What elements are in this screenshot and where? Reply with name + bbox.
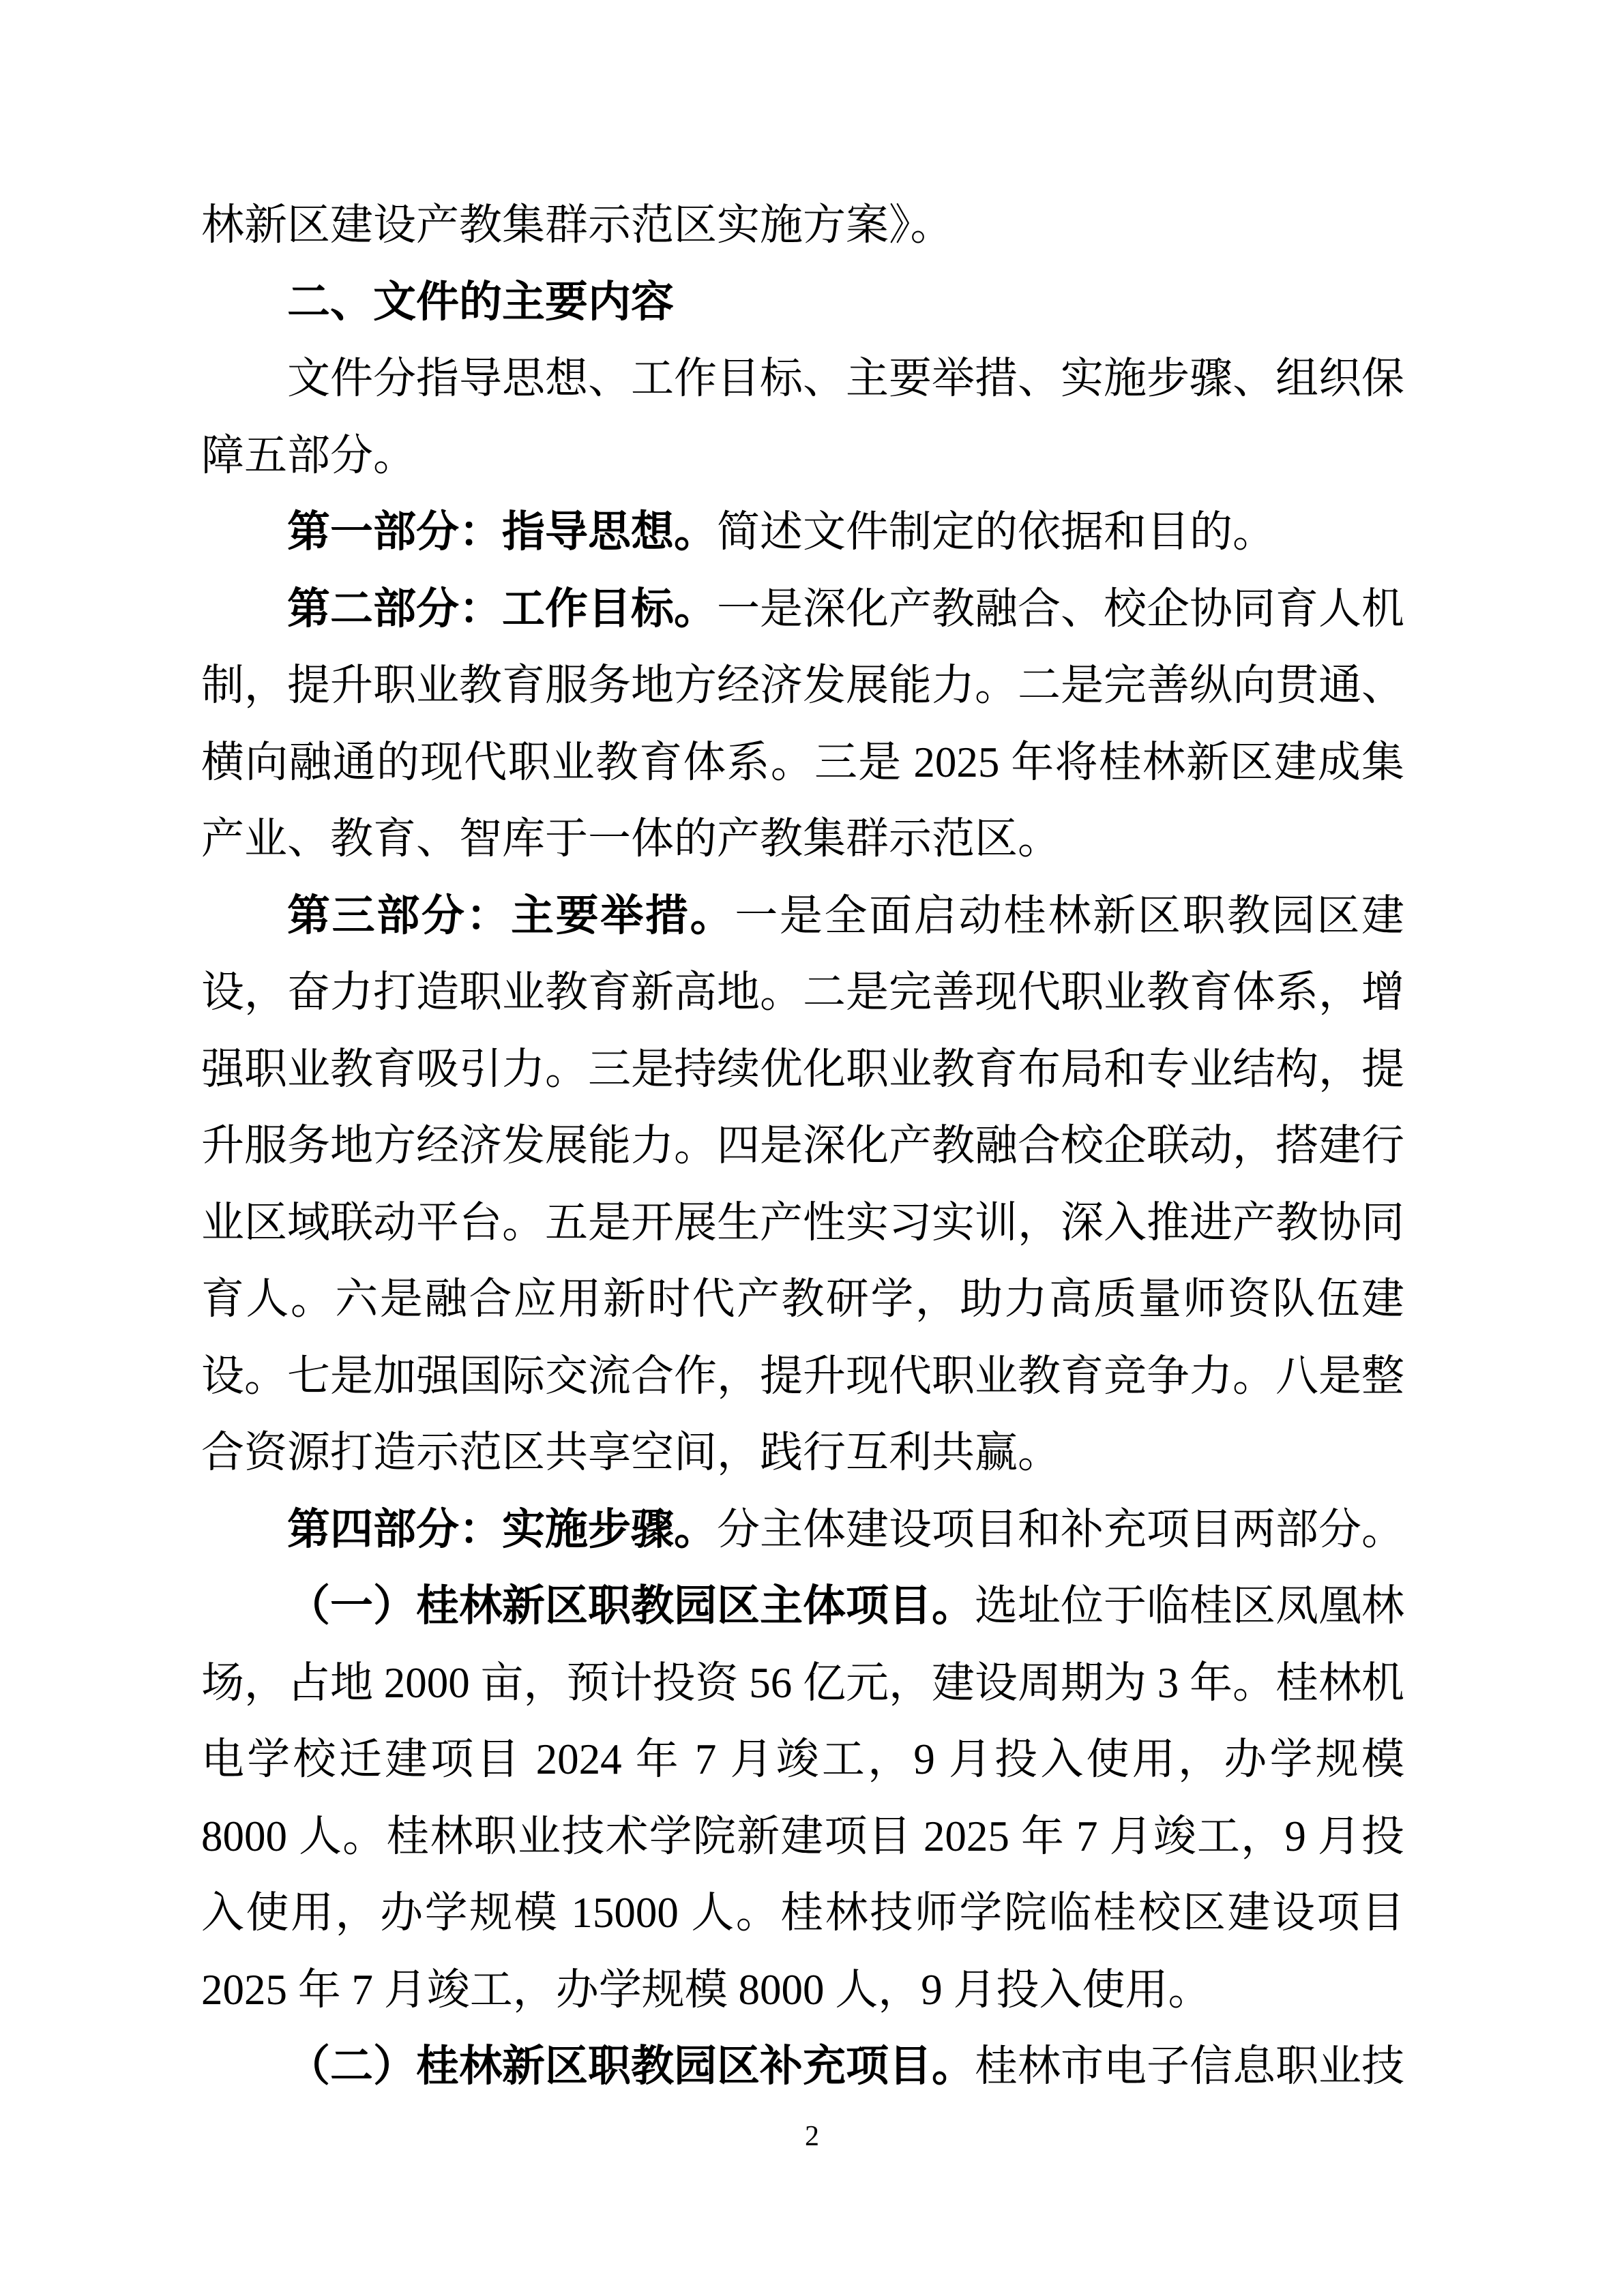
paragraph-main-project: （一）桂林新区职教园区主体项目。选址位于临桂区凤凰林场，占地 2000 亩，预计… [201,1568,1404,2028]
bold-lead: （一）桂林新区职教园区主体项目。 [287,1582,975,1630]
paragraph-text: 一是全面启动桂林新区职教园区建设，奋力打造职业教育新高地。二是完善现代职业教育体… [201,892,1404,1477]
paragraph-part2-work-goals: 第二部分：工作目标。一是深化产教融合、校企协同育人机制，提升职业教育服务地方经济… [201,571,1404,878]
paragraph-overview: 文件分指导思想、工作目标、主要举措、实施步骤、组织保障五部分。 [201,340,1404,494]
bold-lead: 第二部分：工作目标。 [287,585,717,633]
paragraph-text: 简述文件制定的依据和目的。 [717,508,1275,556]
bold-lead: （二）桂林新区职教园区补充项目。 [287,2042,975,2090]
paragraph-text: 分主体建设项目和补充项目两部分。 [717,1506,1404,1553]
paragraph-text: 林新区建设产教集群示范区实施方案》。 [201,201,954,249]
paragraph-part4-implementation-steps: 第四部分：实施步骤。分主体建设项目和补充项目两部分。 [201,1491,1404,1568]
bold-lead: 第一部分：指导思想。 [287,508,717,556]
document-body: 林新区建设产教集群示范区实施方案》。 二、文件的主要内容 文件分指导思想、工作目… [201,187,1404,2105]
paragraph-text: 选址位于临桂区凤凰林场，占地 2000 亩，预计投资 56 亿元，建设周期为 3… [201,1582,1404,2014]
paragraph-part3-main-measures: 第三部分：主要举措。一是全面启动桂林新区职教园区建设，奋力打造职业教育新高地。二… [201,878,1404,1491]
heading-text: 二、文件的主要内容 [287,278,674,326]
page-number: 2 [0,2119,1624,2153]
paragraph-supplementary-project: （二）桂林新区职教园区补充项目。桂林市电子信息职业技 [201,2028,1404,2105]
bold-lead: 第三部分：主要举措。 [287,892,735,940]
paragraph-part1-guiding-ideology: 第一部分：指导思想。简述文件制定的依据和目的。 [201,494,1404,571]
heading-main-content: 二、文件的主要内容 [201,264,1404,341]
document-page: 林新区建设产教集群示范区实施方案》。 二、文件的主要内容 文件分指导思想、工作目… [0,0,1624,2296]
paragraph-text: 文件分指导思想、工作目标、主要举措、实施步骤、组织保障五部分。 [201,355,1404,479]
bold-lead: 第四部分：实施步骤。 [287,1506,717,1553]
paragraph-continuation: 林新区建设产教集群示范区实施方案》。 [201,187,1404,264]
paragraph-text: 桂林市电子信息职业技 [975,2042,1404,2090]
